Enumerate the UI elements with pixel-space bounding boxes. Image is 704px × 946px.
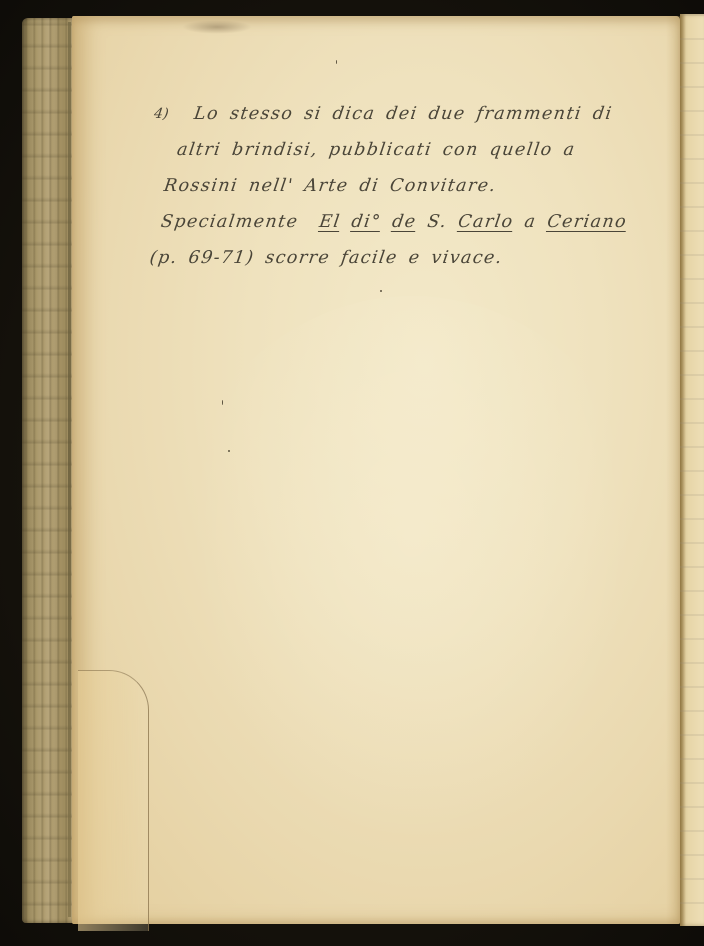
water-stain [152, 296, 672, 896]
ink-speck [380, 290, 382, 292]
ink-speck [336, 60, 337, 64]
line-text: altri brindisi, pubblicati con quello a [149, 132, 578, 168]
line-text: Lo stesso si dica dei due frammenti di [154, 96, 615, 132]
top-stain [182, 20, 252, 34]
page-stack-edge [68, 22, 71, 917]
torn-page-corner [78, 670, 149, 931]
gutter-shadow [666, 16, 680, 924]
underlined-word: di° [350, 212, 383, 232]
note-line-3: Rossini nell' Arte di Convitare. [143, 168, 608, 204]
underlined-word: de [391, 212, 418, 232]
word: S. [426, 212, 449, 232]
ink-speck [222, 400, 223, 405]
word: a [523, 212, 538, 232]
note-line-4: Specialmente El di° de S. Carlo a Cerian… [138, 204, 603, 240]
facing-page-edge [680, 14, 704, 926]
note-line-5: (p. 69-71) scorre facile e vivace. [133, 240, 598, 276]
underlined-word: Carlo [457, 212, 515, 232]
underlined-word: El [318, 212, 342, 232]
note-line-1: 4) Lo stesso si dica dei due frammenti d… [154, 96, 619, 132]
line-text: (p. 69-71) scorre facile e vivace. [133, 240, 505, 276]
ink-speck [228, 450, 230, 452]
underlined-word: Ceriano [546, 212, 629, 232]
handwritten-note: 4) Lo stesso si dica dei due frammenti d… [133, 96, 618, 276]
line-text: Specialmente El di° de S. Carlo a Cerian… [138, 204, 629, 240]
word: Specialmente [160, 212, 300, 232]
line-text: Rossini nell' Arte di Convitare. [143, 168, 499, 204]
note-line-2: altri brindisi, pubblicati con quello a [149, 132, 614, 168]
